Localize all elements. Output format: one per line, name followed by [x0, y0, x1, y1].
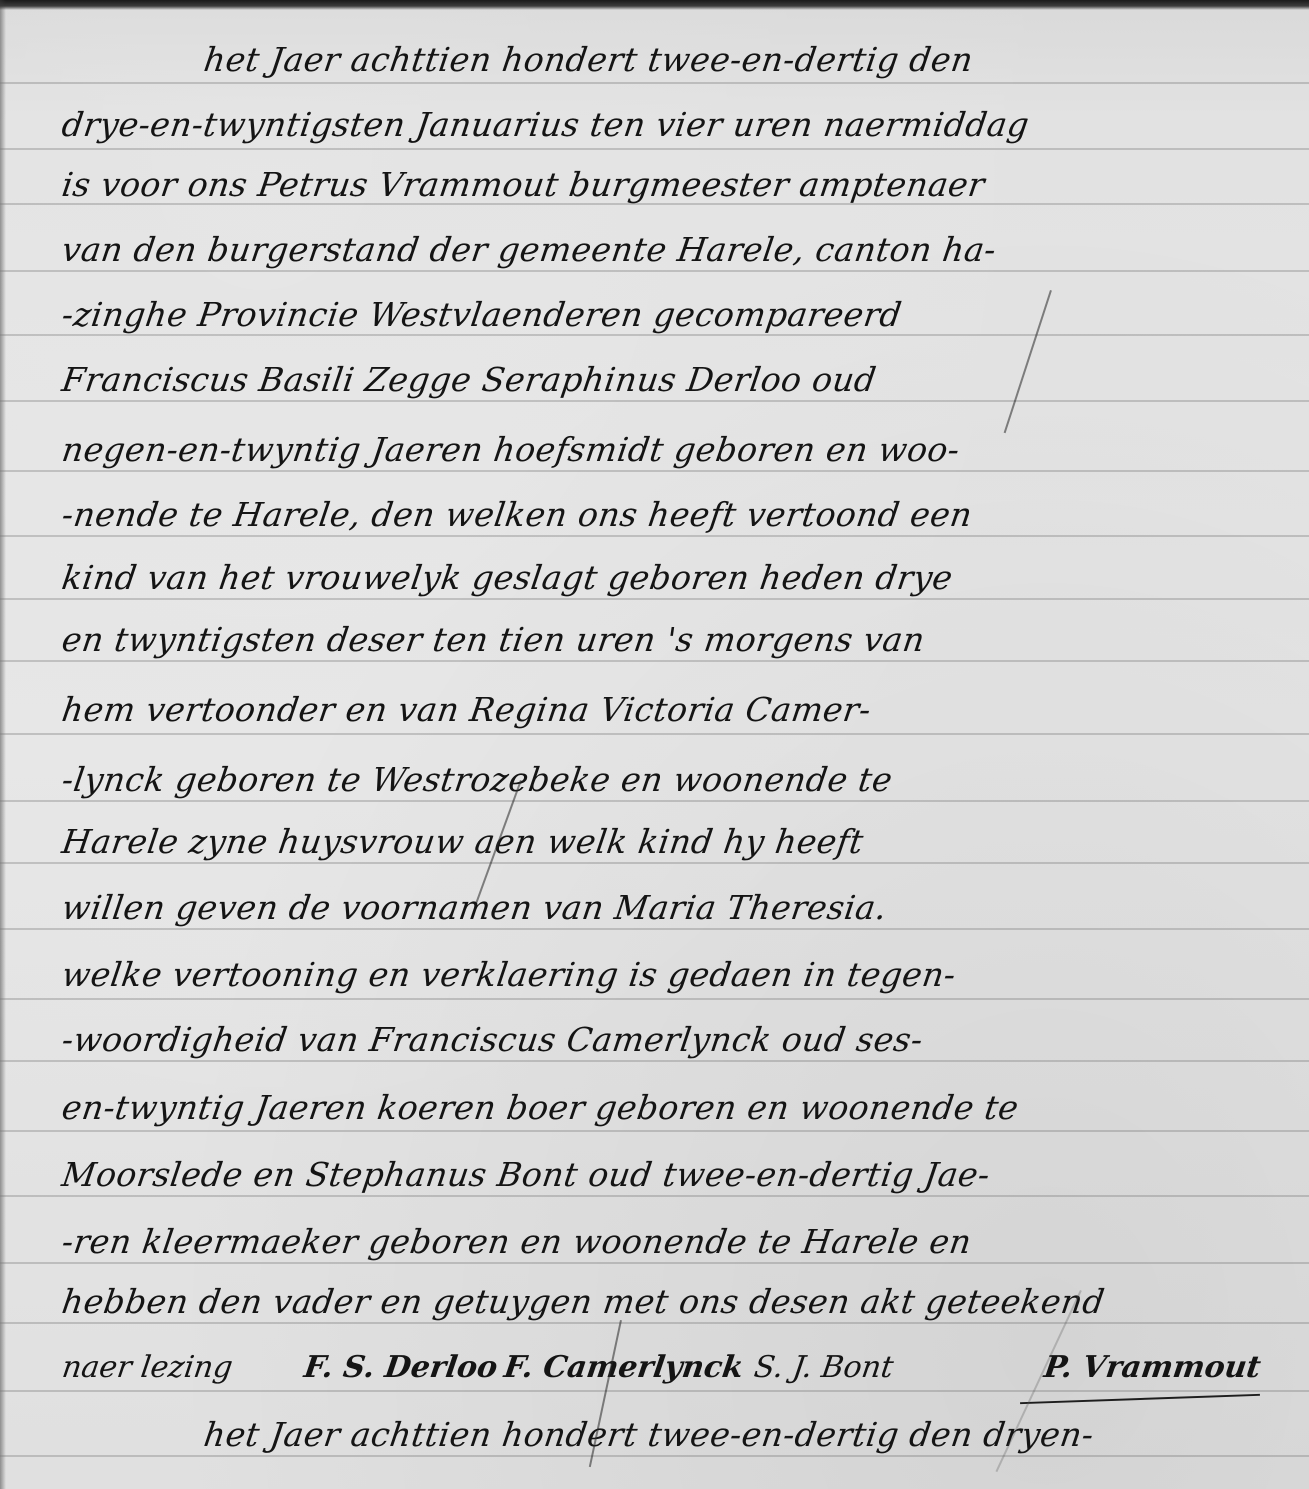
record-line: is voor ons Petrus Vrammout burgmeester …	[0, 155, 1309, 215]
signature-mayor: P. Vrammout	[1040, 1338, 1265, 1398]
record-line: het Jaer achttien hondert twee-en-dertig…	[0, 30, 1309, 90]
record-line: hem vertoonder en van Regina Victoria Ca…	[0, 680, 1309, 740]
record-line: Franciscus Basili Zegge Seraphinus Derlo…	[0, 350, 1309, 410]
next-record-line: het Jaer achttien hondert twee-en-dertig…	[0, 1405, 1309, 1465]
record-line: Moorslede en Stephanus Bont oud twee-en-…	[0, 1145, 1309, 1205]
record-line: kind van het vrouwelyk geslagt geboren h…	[0, 548, 1309, 608]
scan-top-edge	[0, 0, 1309, 10]
signature-father: F. S. Derloo	[300, 1338, 501, 1398]
record-line: -ren kleermaeker geboren en woonende te …	[0, 1212, 1309, 1272]
record-line: hebben den vader en getuygen met ons des…	[0, 1272, 1309, 1332]
record-line: en-twyntig Jaeren koeren boer geboren en…	[0, 1078, 1309, 1138]
record-line: drye-en-twyntigsten Januarius ten vier u…	[0, 95, 1309, 155]
record-line: -lynck geboren te Westrozebeke en woonen…	[0, 750, 1309, 810]
record-line: Harele zyne huysvrouw aen welk kind hy h…	[0, 812, 1309, 872]
record-line: van den burgerstand der gemeente Harele,…	[0, 220, 1309, 280]
record-line: -woordigheid van Franciscus Camerlynck o…	[0, 1010, 1309, 1070]
signature-row: naer lezing F. S. Derloo F. Camerlynck S…	[0, 1338, 1309, 1398]
closing-text: naer lezing	[58, 1338, 237, 1398]
record-line: en twyntigsten deser ten tien uren 's mo…	[0, 610, 1309, 670]
record-line: welke vertooning en verklaering is gedae…	[0, 945, 1309, 1005]
signature-witness-2: S. J. Bont	[750, 1338, 897, 1398]
signature-witness-1: F. Camerlynck	[500, 1338, 747, 1398]
document-page: het Jaer achttien hondert twee-en-dertig…	[0, 0, 1309, 1489]
record-line: willen geven de voornamen van Maria Ther…	[0, 878, 1309, 938]
record-line: negen-en-twyntig Jaeren hoefsmidt gebore…	[0, 420, 1309, 480]
record-line: -zinghe Provincie Westvlaenderen gecompa…	[0, 285, 1309, 345]
record-line: -nende te Harele, den welken ons heeft v…	[0, 485, 1309, 545]
